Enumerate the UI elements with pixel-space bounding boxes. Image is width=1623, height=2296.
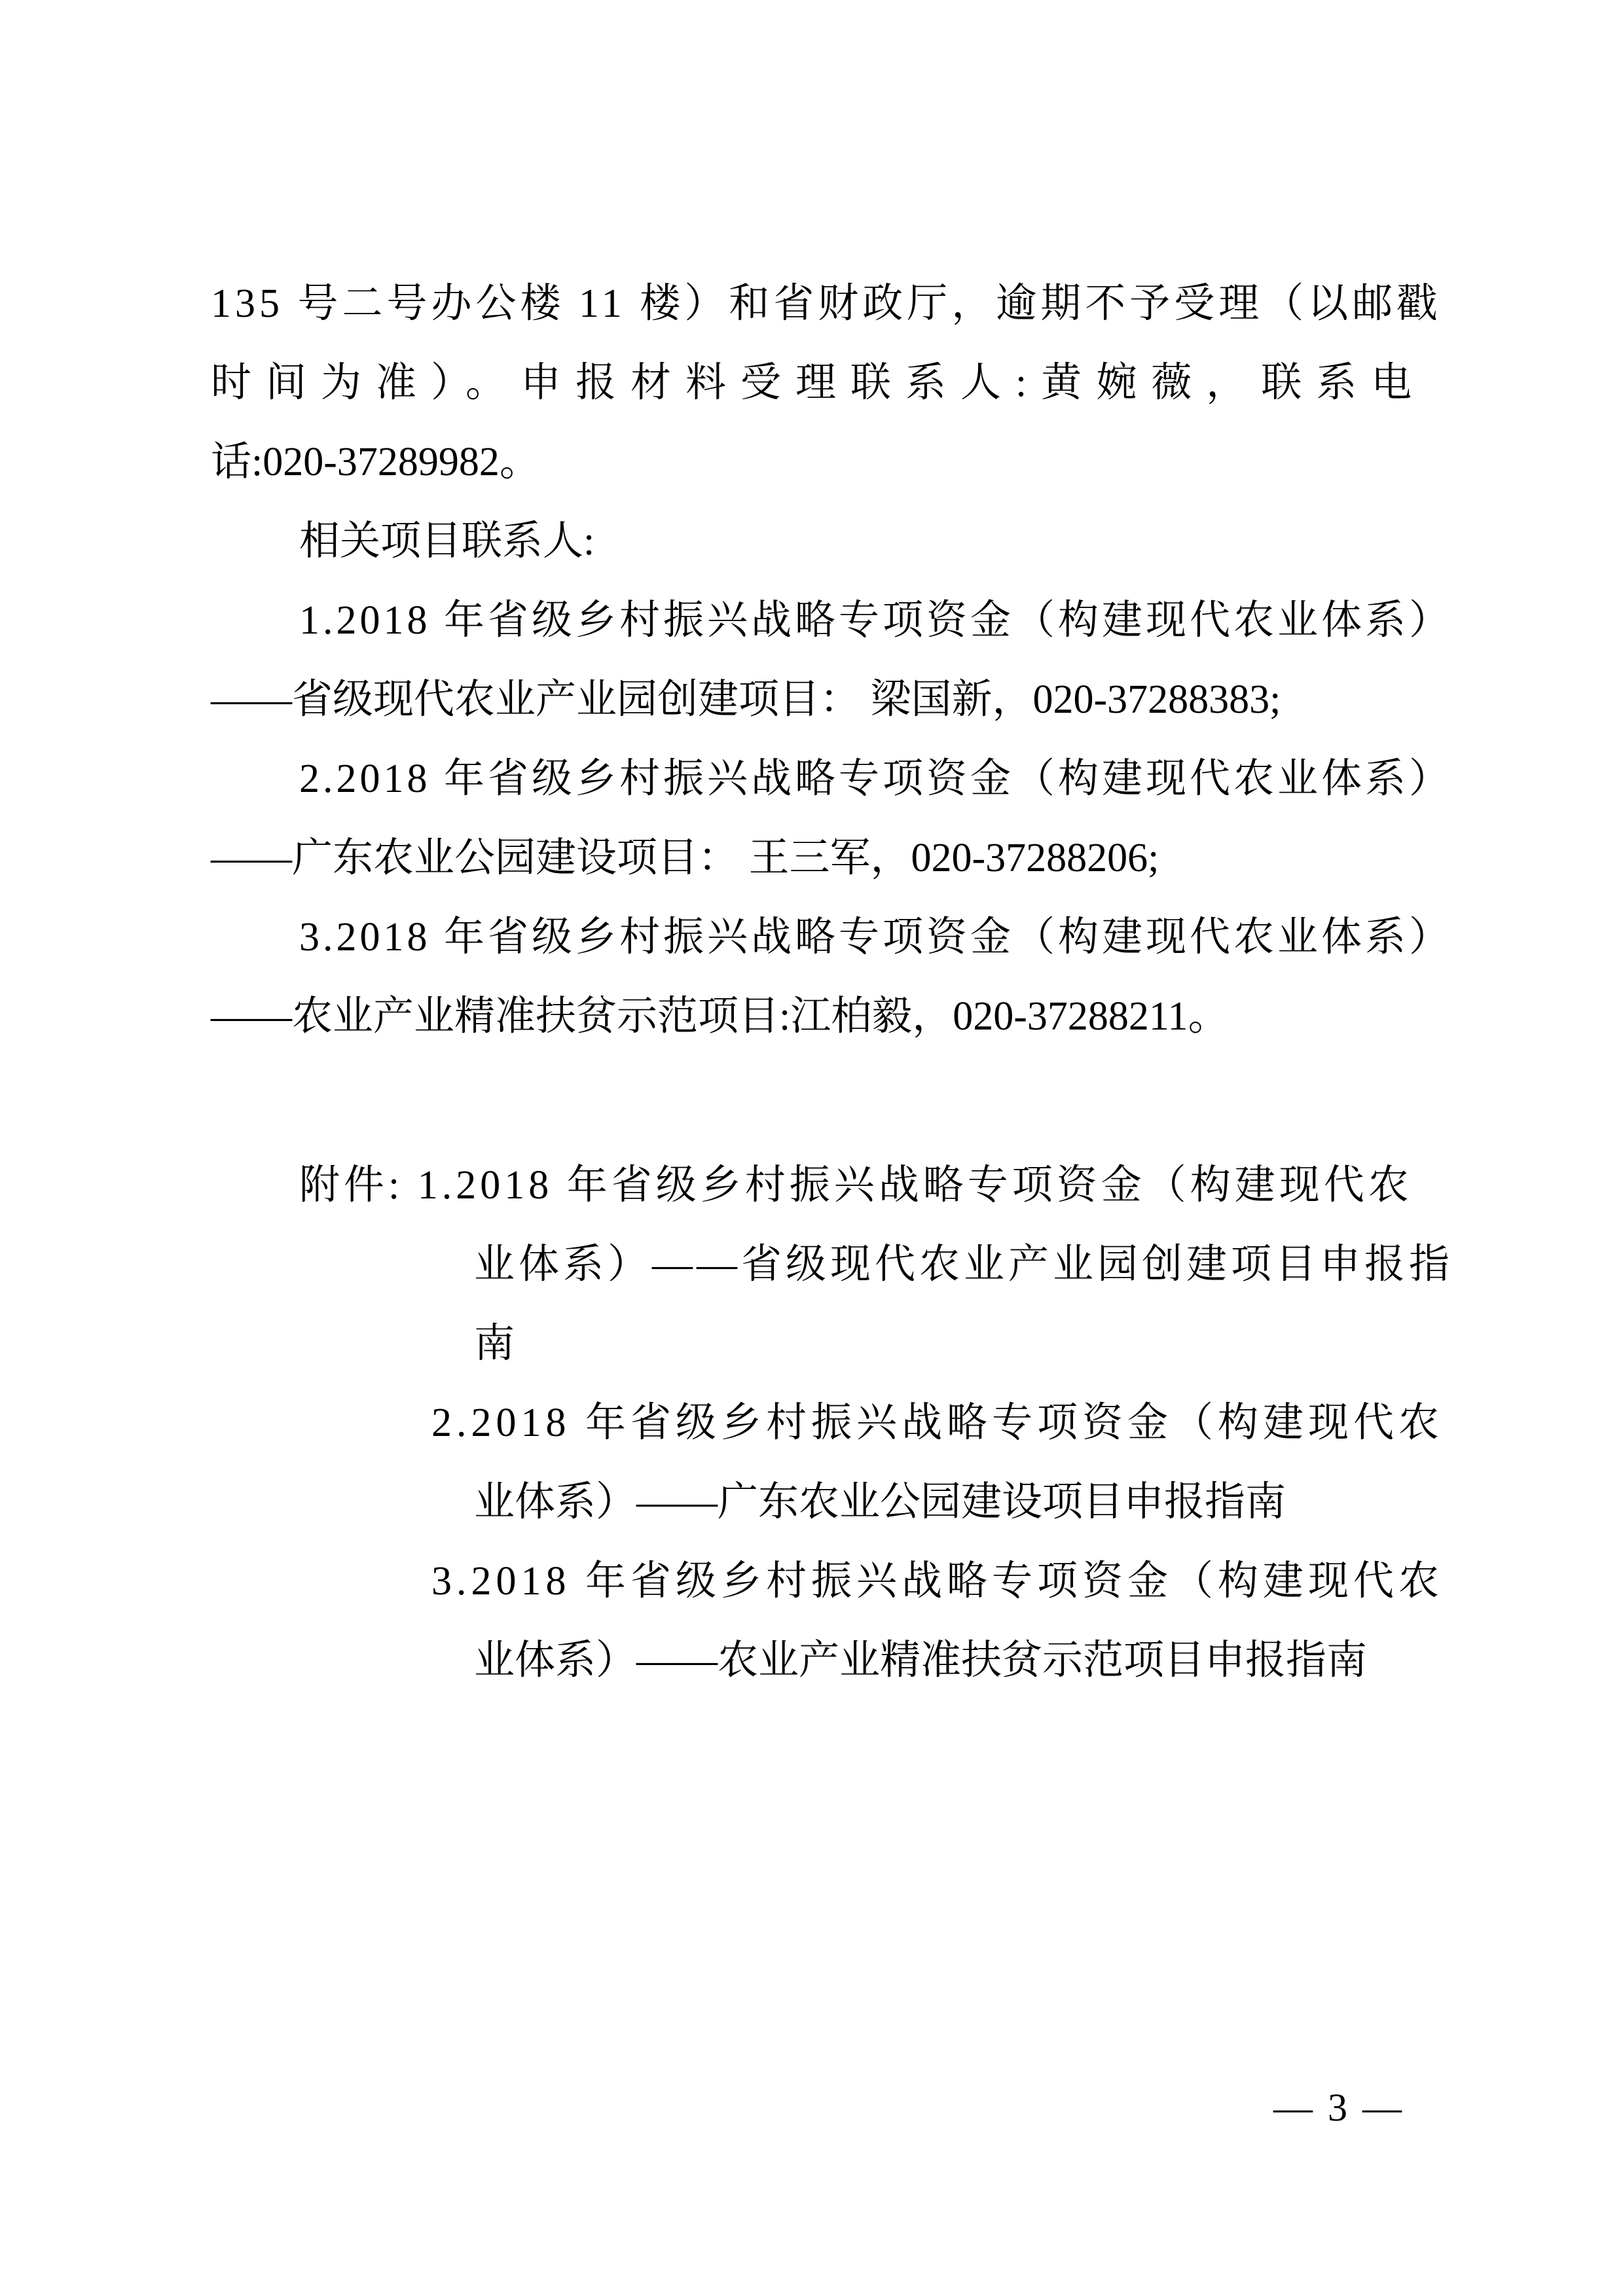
text-line: 1.2018 年省级乡村振兴战略专项资金（构建现代农业体系） [211, 581, 1464, 660]
text-line: 相关项目联系人: [211, 502, 1464, 581]
text-line: ——省级现代农业产业园创建项目： 梁国新，020-37288383; [211, 660, 1464, 740]
text-line: 135 号二号办公楼 11 楼）和省财政厅，逾期不予受理（以邮戳 [211, 264, 1464, 344]
attachment-line: 业体系）——广东农业公园建设项目申报指南 [211, 1463, 1464, 1542]
text-line: 3.2018 年省级乡村振兴战略专项资金（构建现代农业体系） [211, 898, 1464, 977]
attachment-line: 3.2018 年省级乡村振兴战略专项资金（构建现代农 [211, 1542, 1464, 1621]
document-page: 135 号二号办公楼 11 楼）和省财政厅，逾期不予受理（以邮戳 时间为准）。申… [0, 0, 1623, 2296]
attachment-line: 业体系）——省级现代农业产业园创建项目申报指 [211, 1225, 1464, 1304]
text-line: ——农业产业精准扶贫示范项目:江柏毅，020-37288211。 [211, 977, 1464, 1056]
attachment-line: 南 [211, 1304, 1464, 1384]
attachments-section: 附件: 1.2018 年省级乡村振兴战略专项资金（构建现代农 业体系）——省级现… [211, 1146, 1464, 1700]
body-text-block: 135 号二号办公楼 11 楼）和省财政厅，逾期不予受理（以邮戳 时间为准）。申… [211, 264, 1464, 1056]
text-line: 话:020-37289982。 [211, 423, 1464, 502]
page-number: — 3 — [1273, 2068, 1404, 2147]
text-line: 2.2018 年省级乡村振兴战略专项资金（构建现代农业体系） [211, 740, 1464, 819]
attachment-line: 2.2018 年省级乡村振兴战略专项资金（构建现代农 [211, 1384, 1464, 1463]
text-line: 时间为准）。申报材料受理联系人:黄婉薇，联系电 [211, 344, 1464, 423]
attachment-line: 业体系）——农业产业精准扶贫示范项目申报指南 [211, 1621, 1464, 1700]
text-line: ——广东农业公园建设项目： 王三军，020-37288206; [211, 819, 1464, 898]
attachment-line: 附件: 1.2018 年省级乡村振兴战略专项资金（构建现代农 [211, 1146, 1464, 1225]
